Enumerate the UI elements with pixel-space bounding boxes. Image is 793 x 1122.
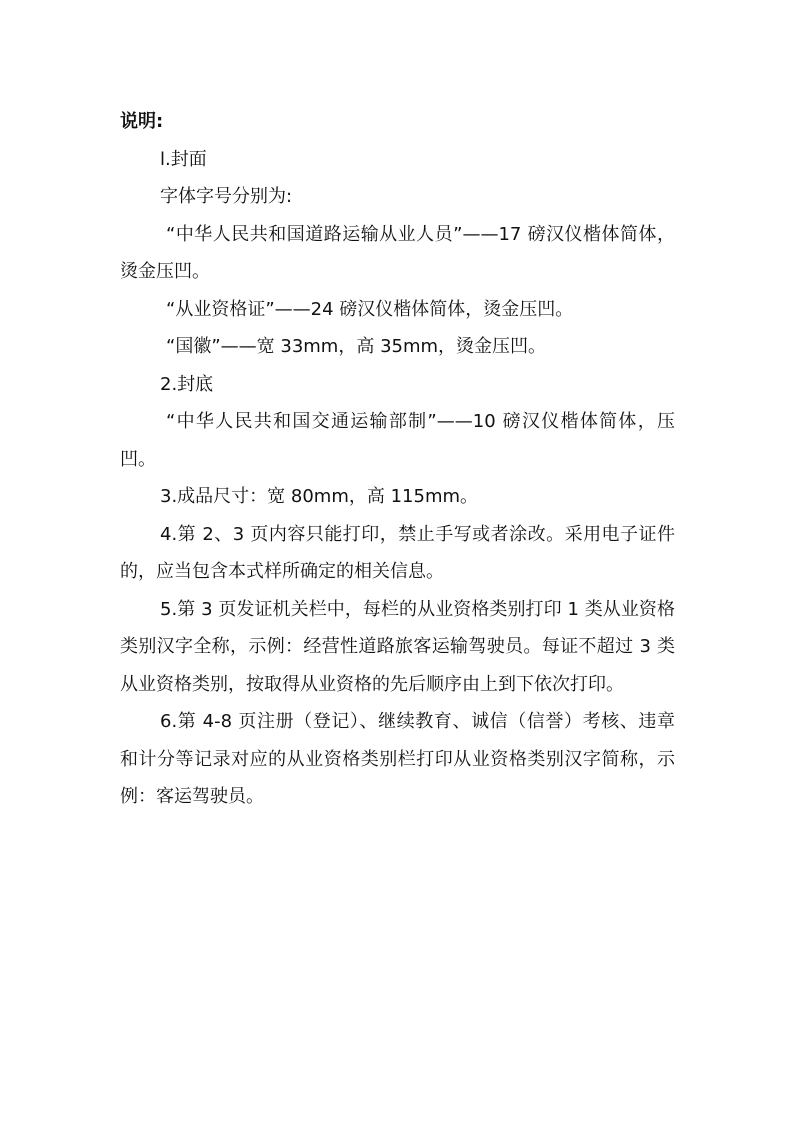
notes-heading: 说明: bbox=[120, 103, 675, 141]
paragraph-cover-line2: “从业资格证”——24 磅汉仪楷体简体，烫金压凹。 bbox=[120, 291, 675, 329]
paragraph-issuer-rule: 5.第 3 页发证机关栏中，每栏的从业资格类别打印 1 类从业资格类别汉字全称，… bbox=[120, 591, 675, 704]
paragraph-font-intro: 字体字号分别为: bbox=[120, 178, 675, 216]
paragraph-cover-emblem: “国徽”——宽 33mm，高 35mm，烫金压凹。 bbox=[120, 328, 675, 366]
paragraph-cover-title: l.封面 bbox=[120, 141, 675, 179]
paragraph-back-title: 2.封底 bbox=[120, 366, 675, 404]
paragraph-size: 3.成品尺寸：宽 80mm，高 115mm。 bbox=[120, 478, 675, 516]
paragraph-print-rule: 4.第 2、3 页内容只能打印，禁止手写或者涂改。采用电子证件的，应当包含本式样… bbox=[120, 516, 675, 591]
paragraph-records-rule: 6.第 4-8 页注册（登记）、继续教育、诚信（信誉）考核、违章和计分等记录对应… bbox=[120, 703, 675, 816]
paragraph-cover-line1: “中华人民共和国道路运输从业人员”——17 磅汉仪楷体简体，烫金压凹。 bbox=[120, 216, 675, 291]
paragraph-back-line: “中华人民共和国交通运输部制”——10 磅汉仪楷体简体，压凹。 bbox=[120, 403, 675, 478]
document-page: 说明: l.封面 字体字号分别为: “中华人民共和国道路运输从业人员”——17 … bbox=[120, 103, 675, 816]
